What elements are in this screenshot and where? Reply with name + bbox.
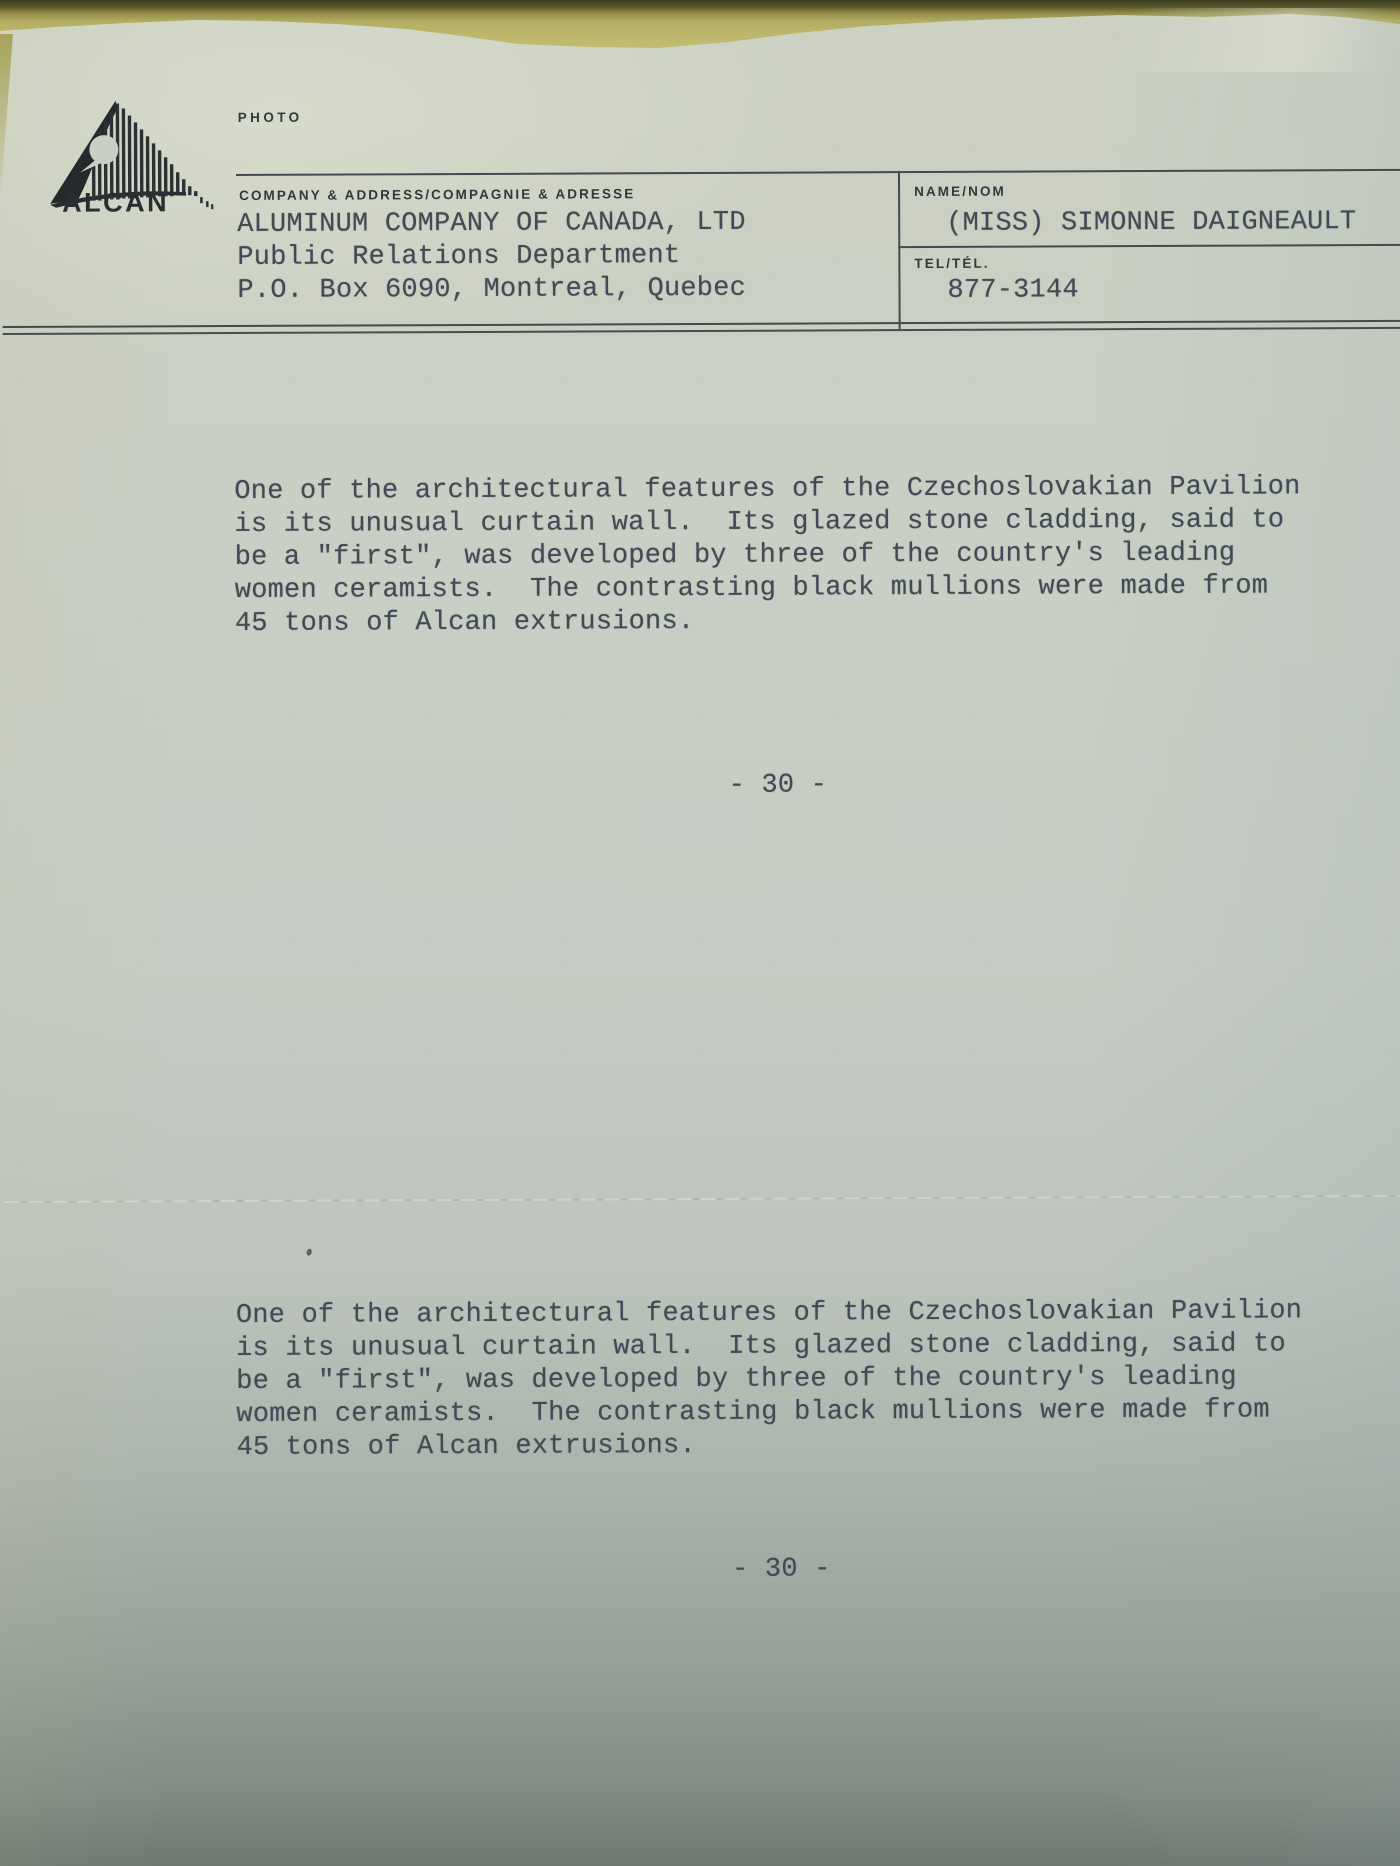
end-mark-second: - 30 - <box>732 1553 831 1586</box>
photo-label: PHOTO <box>238 110 303 125</box>
form-vertical-rule <box>898 171 901 329</box>
page-content: ALCAN PHOTO COMPANY & ADDRESS/COMPAGNIE … <box>0 0 1400 1866</box>
company-address-label: COMPANY & ADDRESS/COMPAGNIE & ADRESSE <box>239 186 635 203</box>
caption-paragraph-first: One of the architectural features of the… <box>234 471 1301 641</box>
name-tel-divider-rule <box>898 244 1400 248</box>
name-value: (MISS) SIMONNE DAIGNEAULT <box>946 206 1356 241</box>
alcan-logo: ALCAN <box>44 99 217 218</box>
end-mark-first: - 30 - <box>729 769 828 802</box>
name-label: NAME/NOM <box>914 184 1006 199</box>
tel-value: 877-3144 <box>947 274 1078 308</box>
form-bottom-double-rule <box>3 320 1400 335</box>
caption-paragraph-second: One of the architectural features of the… <box>236 1295 1303 1465</box>
ink-speck <box>306 1248 313 1256</box>
tel-label: TEL/TÉL. <box>914 256 989 271</box>
fold-crease <box>4 1195 1400 1203</box>
logo-brand-text: ALCAN <box>62 187 169 217</box>
logo-teardrop <box>89 135 118 164</box>
form-top-rule <box>236 169 1400 176</box>
company-address-value: ALUMINUM COMPANY OF CANADA, LTD Public R… <box>237 207 746 308</box>
